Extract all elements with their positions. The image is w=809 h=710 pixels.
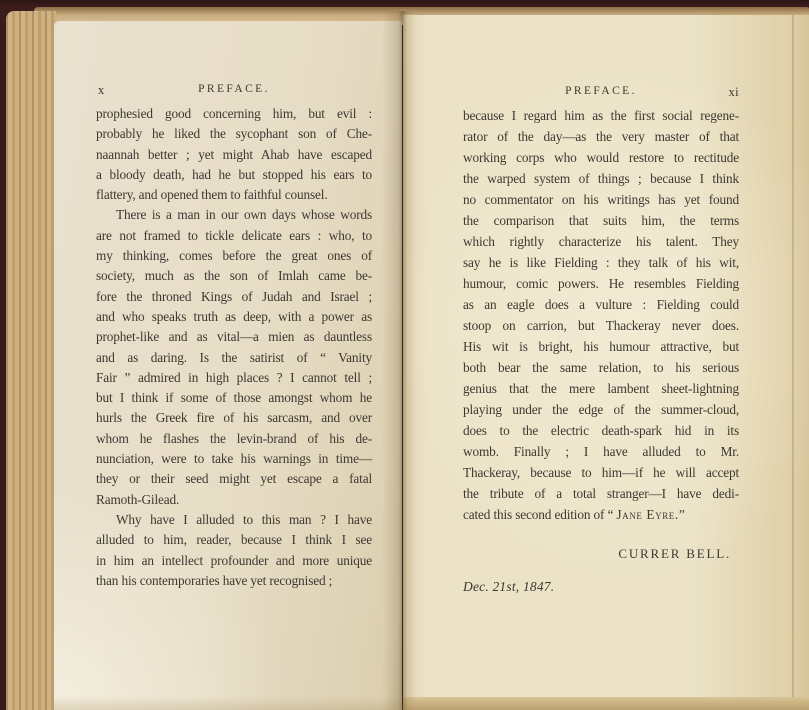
text-segment: flattery, and opened them to faithful co…: [96, 187, 328, 202]
text-line: a bloody death, had he but stopped his e…: [96, 165, 372, 185]
text-line: hurls the Greek fire of his sarcasm, and…: [96, 408, 372, 428]
text-segment: does to the electric death-spark hid in …: [463, 423, 739, 438]
text-line: are not framed to tickle delicate ears :…: [96, 226, 372, 246]
text-segment: working corps who would restore to recti…: [463, 150, 739, 165]
text-line: the tribute of a total stranger—I have d…: [463, 483, 739, 504]
left-page-edges: [6, 11, 56, 710]
left-page-header: x PREFACE.: [96, 83, 372, 98]
text-line: naannah better ; yet might Ahab have esc…: [96, 145, 372, 165]
text-line: prophesied good concerning him, but evil…: [96, 104, 372, 124]
text-line: in him an intellect profounder and more …: [96, 551, 372, 571]
text-line: the comparison that suits him, the terms: [463, 210, 739, 231]
text-line: nunciation, were to take his warnings in…: [96, 449, 372, 469]
text-line: playing under the edge of the summer-clo…: [463, 399, 739, 420]
text-segment: whom he flashes the levin-brand of his d…: [96, 431, 372, 446]
text-line: whom he flashes the levin-brand of his d…: [96, 429, 372, 449]
text-line: cated this second edition of “ Jane Eyre…: [463, 504, 739, 525]
text-segment: than his contemporaries have yet recogni…: [96, 573, 332, 588]
text-line: does to the electric death-spark hid in …: [463, 420, 739, 441]
text-segment: nunciation, were to take his warnings in…: [96, 451, 372, 466]
right-page-number: xi: [728, 85, 739, 100]
text-segment: and who speaks truth as deep, with a pow…: [96, 309, 372, 324]
text-segment: womb. Finally ; I have alluded to Mr.: [463, 444, 739, 459]
text-segment: as an eagle does a vulture : Fielding co…: [463, 297, 739, 312]
text-line: my thinking, comes before the great ones…: [96, 246, 372, 266]
text-line: There is a man in our own days whose wor…: [96, 205, 372, 225]
text-line: His wit is bright, his humour attractive…: [463, 336, 739, 357]
text-line: Fair ” admired in high places ? I cannot…: [96, 368, 372, 388]
text-segment: Jane Eyre.: [616, 507, 678, 522]
left-running-header: PREFACE.: [96, 83, 372, 95]
text-segment: Why have I alluded to this man ? I have: [116, 512, 372, 527]
text-line: because I regard him as the first social…: [463, 105, 739, 126]
text-segment: cated this second edition of “: [463, 507, 616, 522]
text-line: and as daring. Is the satirist of “ Vani…: [96, 348, 372, 368]
under-page-edge: [403, 697, 809, 710]
text-line: say he is like Fielding : they talk of h…: [463, 252, 739, 273]
text-line: Ramoth-Gilead.: [96, 490, 372, 510]
text-segment: a bloody death, had he but stopped his e…: [96, 167, 372, 182]
text-segment: the warped system of things ; because I …: [463, 171, 739, 186]
text-line: which rightly characterize his talent. T…: [463, 231, 739, 252]
text-segment: Fair ” admired in high places ? I cannot…: [96, 370, 372, 385]
text-segment: they or their seed might yet escape a fa…: [96, 471, 372, 486]
text-line: humour, comic powers. He resembles Field…: [463, 273, 739, 294]
text-line: than his contemporaries have yet recogni…: [96, 571, 372, 591]
text-segment: hurls the Greek fire of his sarcasm, and…: [96, 410, 372, 425]
text-line: prophet-like and as vital—a mien as daun…: [96, 327, 372, 347]
text-segment: the comparison that suits him, the terms: [463, 213, 739, 228]
text-segment: rator of the day—as the very master of t…: [463, 129, 739, 144]
text-line: womb. Finally ; I have alluded to Mr.: [463, 441, 739, 462]
text-segment: playing under the edge of the summer-clo…: [463, 402, 739, 417]
text-line: stoop on carrion, but Thackeray never do…: [463, 315, 739, 336]
text-segment: in him an intellect profounder and more …: [96, 553, 372, 568]
text-segment: Ramoth-Gilead.: [96, 492, 179, 507]
text-line: flattery, and opened them to faithful co…: [96, 185, 372, 205]
right-page-header: PREFACE. xi: [463, 85, 739, 100]
text-segment: because I regard him as the first social…: [463, 108, 739, 123]
text-segment: His wit is bright, his humour attractive…: [463, 339, 739, 354]
text-line: fore the throned Kings of Judah and Isra…: [96, 287, 372, 307]
text-line: as an eagle does a vulture : Fielding co…: [463, 294, 739, 315]
text-line: they or their seed might yet escape a fa…: [96, 469, 372, 489]
text-line: Why have I alluded to this man ? I have: [96, 510, 372, 530]
left-page-text: prophesied good concerning him, but evil…: [96, 104, 372, 591]
text-segment: probably he liked the sycophant son of C…: [96, 126, 372, 141]
text-line: no commentator on his writings has yet f…: [463, 189, 739, 210]
text-segment: humour, comic powers. He resembles Field…: [463, 276, 739, 291]
text-segment: Thackeray, because to him—if he will acc…: [463, 465, 739, 480]
text-line: Thackeray, because to him—if he will acc…: [463, 462, 739, 483]
text-line: genius that the mere lambent sheet-light…: [463, 378, 739, 399]
text-segment: ”: [679, 507, 685, 522]
text-segment: prophesied good concerning him, but evil…: [96, 106, 372, 121]
text-segment: which rightly characterize his talent. T…: [463, 234, 739, 249]
text-line: and who speaks truth as deep, with a pow…: [96, 307, 372, 327]
text-segment: alluded to him, reader, because I think …: [96, 532, 372, 547]
text-line: rator of the day—as the very master of t…: [463, 126, 739, 147]
text-segment: no commentator on his writings has yet f…: [463, 192, 739, 207]
right-running-header: PREFACE.: [463, 85, 739, 97]
text-line: alluded to him, reader, because I think …: [96, 530, 372, 550]
author-signature: CURRER BELL.: [463, 546, 731, 562]
text-segment: naannah better ; yet might Ahab have esc…: [96, 147, 372, 162]
text-segment: prophet-like and as vital—a mien as daun…: [96, 329, 372, 344]
text-segment: the tribute of a total stranger—I have d…: [463, 486, 739, 501]
text-line: probably he liked the sycophant son of C…: [96, 124, 372, 144]
right-page-text: because I regard him as the first social…: [463, 105, 739, 525]
date-line: Dec. 21st, 1847.: [463, 579, 554, 595]
text-line: working corps who would restore to recti…: [463, 147, 739, 168]
text-segment: stoop on carrion, but Thackeray never do…: [463, 318, 739, 333]
text-segment: and as daring. Is the satirist of “ Vani…: [96, 350, 372, 365]
text-line: both bear the same relation, to his seri…: [463, 357, 739, 378]
text-line: society, much as the son of Imlah came b…: [96, 266, 372, 286]
text-line: the warped system of things ; because I …: [463, 168, 739, 189]
text-segment: genius that the mere lambent sheet-light…: [463, 381, 739, 396]
text-segment: but I think if some of those amongst who…: [96, 390, 372, 405]
left-page-number: x: [98, 83, 105, 98]
text-segment: are not framed to tickle delicate ears :…: [96, 228, 372, 243]
text-segment: society, much as the son of Imlah came b…: [96, 268, 372, 283]
text-line: but I think if some of those amongst who…: [96, 388, 372, 408]
text-segment: my thinking, comes before the great ones…: [96, 248, 372, 263]
text-segment: say he is like Fielding : they talk of h…: [463, 255, 739, 270]
text-segment: both bear the same relation, to his seri…: [463, 360, 739, 375]
text-segment: There is a man in our own days whose wor…: [116, 207, 372, 222]
text-segment: fore the throned Kings of Judah and Isra…: [96, 289, 372, 304]
book-spread: x PREFACE. PREFACE. xi prophesied good c…: [0, 0, 809, 710]
